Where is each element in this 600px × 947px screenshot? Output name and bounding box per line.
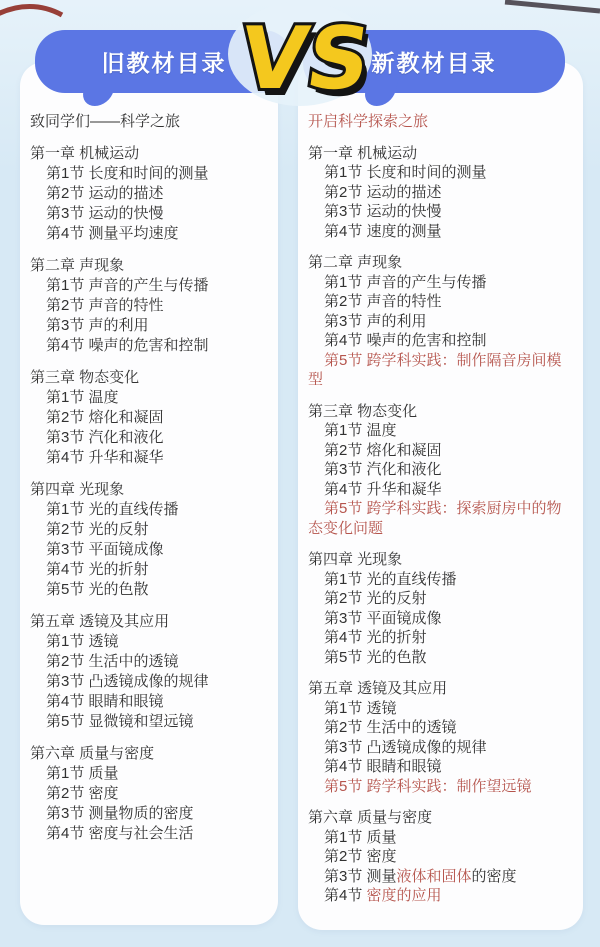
new-toc-content: 开启科学探索之旅第一章 机械运动第1节 长度和时间的测量第2节 运动的描述第3节… xyxy=(298,62,583,906)
toc-text: 第4节 升华和凝华 xyxy=(324,481,442,498)
section-line: 第3节 凸透镜成像的规律 xyxy=(30,672,270,692)
section-line: 第1节 光的直线传播 xyxy=(30,500,270,520)
chapter-title: 第四章 光现象 xyxy=(308,550,575,570)
toc-text: 第4节 眼睛和眼镜 xyxy=(46,693,164,710)
section-line: 第2节 运动的描述 xyxy=(308,183,575,203)
chapter-title: 第三章 物态变化 xyxy=(308,402,575,422)
chapter-title: 第五章 透镜及其应用 xyxy=(30,612,270,632)
section-line: 第3节 声的利用 xyxy=(30,316,270,336)
section-line: 第2节 生活中的透镜 xyxy=(308,718,575,738)
highlighted-text: 液体和固体 xyxy=(397,868,472,885)
toc-text: 第1节 长度和时间的测量 xyxy=(46,165,209,182)
chapter-title: 第五章 透镜及其应用 xyxy=(308,679,575,699)
section-line: 第1节 长度和时间的测量 xyxy=(308,163,575,183)
toc-text: 第三章 物态变化 xyxy=(308,403,417,420)
toc-text: 第3节 平面镜成像 xyxy=(324,610,442,627)
chapter-block: 第三章 物态变化第1节 温度第2节 熔化和凝固第3节 汽化和液化第4节 升华和凝… xyxy=(308,402,575,539)
toc-text: 第2节 光的反射 xyxy=(324,590,427,607)
old-toc-card: 致同学们——科学之旅第一章 机械运动第1节 长度和时间的测量第2节 运动的描述第… xyxy=(20,62,278,925)
section-line: 第1节 光的直线传播 xyxy=(308,570,575,590)
section-line: 第2节 熔化和凝固 xyxy=(30,408,270,428)
new-toc-title: 新教材目录 xyxy=(372,45,497,78)
toc-text: 第3节 运动的快慢 xyxy=(46,205,164,222)
chapter-block: 第五章 透镜及其应用第1节 透镜第2节 生活中的透镜第3节 凸透镜成像的规律第4… xyxy=(30,612,270,732)
toc-text: 第四章 光现象 xyxy=(308,551,402,568)
section-line: 第3节 汽化和液化 xyxy=(30,428,270,448)
toc-text: 第4节 光的折射 xyxy=(324,629,427,646)
chapter-block: 第一章 机械运动第1节 长度和时间的测量第2节 运动的描述第3节 运动的快慢第4… xyxy=(308,144,575,242)
chapter-title: 第二章 声现象 xyxy=(30,256,270,276)
section-line: 第1节 声音的产生与传播 xyxy=(30,276,270,296)
toc-text: 第1节 长度和时间的测量 xyxy=(324,164,487,181)
toc-text: 第二章 声现象 xyxy=(30,257,124,274)
highlighted-text: 第5节 跨学科实践：探索厨房中的物态变化问题 xyxy=(308,500,562,537)
highlighted-text: 第5节 跨学科实践：制作望远镜 xyxy=(324,778,532,795)
section-line: 第3节 汽化和液化 xyxy=(308,460,575,480)
section-line: 第4节 噪声的危害和控制 xyxy=(308,331,575,351)
chapter-block: 第六章 质量与密度第1节 质量第2节 密度第3节 测量液体和固体的密度第4节 密… xyxy=(308,808,575,906)
toc-text: 第2节 声音的特性 xyxy=(46,297,164,314)
section-line: 第1节 透镜 xyxy=(308,699,575,719)
section-line: 第4节 光的折射 xyxy=(30,560,270,580)
toc-text: 第1节 光的直线传播 xyxy=(324,571,457,588)
toc-text: 第5节 光的色散 xyxy=(324,649,427,666)
page-background: 致同学们——科学之旅第一章 机械运动第1节 长度和时间的测量第2节 运动的描述第… xyxy=(0,0,600,947)
toc-text: 致同学们——科学之旅 xyxy=(30,113,180,130)
top-left-red-stroke xyxy=(0,7,62,17)
toc-text: 第2节 运动的描述 xyxy=(46,185,164,202)
toc-text: 第一章 机械运动 xyxy=(308,145,417,162)
toc-text: 第三章 物态变化 xyxy=(30,369,139,386)
chapter-block: 第一章 机械运动第1节 长度和时间的测量第2节 运动的描述第3节 运动的快慢第4… xyxy=(30,144,270,244)
chapter-title: 第一章 机械运动 xyxy=(30,144,270,164)
chapter-block: 第五章 透镜及其应用第1节 透镜第2节 生活中的透镜第3节 凸透镜成像的规律第4… xyxy=(308,679,575,796)
section-line: 第2节 熔化和凝固 xyxy=(308,441,575,461)
section-line: 第1节 温度 xyxy=(308,421,575,441)
section-line: 第4节 噪声的危害和控制 xyxy=(30,336,270,356)
section-line: 第1节 声音的产生与传播 xyxy=(308,273,575,293)
old-toc-content: 致同学们——科学之旅第一章 机械运动第1节 长度和时间的测量第2节 运动的描述第… xyxy=(20,62,278,844)
toc-text: 第3节 测量 xyxy=(324,868,397,885)
toc-text: 第5节 光的色散 xyxy=(46,581,149,598)
toc-text: 第3节 汽化和液化 xyxy=(46,429,164,446)
old-toc-title: 旧教材目录 xyxy=(102,45,227,78)
toc-text: 第4节 噪声的危害和控制 xyxy=(324,332,487,349)
toc-text: 第1节 温度 xyxy=(324,422,397,439)
chapter-block: 第二章 声现象第1节 声音的产生与传播第2节 声音的特性第3节 声的利用第4节 … xyxy=(30,256,270,356)
toc-text: 第3节 凸透镜成像的规律 xyxy=(46,673,209,690)
chapter-title: 第六章 质量与密度 xyxy=(308,808,575,828)
chapter-title: 第二章 声现象 xyxy=(308,253,575,273)
chapter-block: 第二章 声现象第1节 声音的产生与传播第2节 声音的特性第3节 声的利用第4节 … xyxy=(308,253,575,390)
section-line: 第5节 跨学科实践：制作隔音房间模型 xyxy=(308,351,575,390)
chapter-title: 第四章 光现象 xyxy=(30,480,270,500)
chapter-title: 第六章 质量与密度 xyxy=(30,744,270,764)
section-line: 第3节 测量液体和固体的密度 xyxy=(308,867,575,887)
vs-text: VS xyxy=(234,9,376,109)
toc-text: 第4节 升华和凝华 xyxy=(46,449,164,466)
section-line: 第5节 跨学科实践：探索厨房中的物态变化问题 xyxy=(308,499,575,538)
toc-text: 第1节 声音的产生与传播 xyxy=(324,274,487,291)
section-line: 第4节 速度的测量 xyxy=(308,222,575,242)
toc-text: 第2节 运动的描述 xyxy=(324,184,442,201)
section-line: 第1节 质量 xyxy=(308,828,575,848)
toc-text: 第六章 质量与密度 xyxy=(308,809,432,826)
section-line: 第5节 显微镜和望远镜 xyxy=(30,712,270,732)
section-line: 第2节 密度 xyxy=(30,784,270,804)
section-line: 第2节 光的反射 xyxy=(308,589,575,609)
toc-text: 第3节 运动的快慢 xyxy=(324,203,442,220)
toc-text: 第4节 眼睛和眼镜 xyxy=(324,758,442,775)
toc-text: 第1节 透镜 xyxy=(46,633,119,650)
toc-text: 第3节 声的利用 xyxy=(46,317,149,334)
section-line: 第3节 运动的快慢 xyxy=(30,204,270,224)
toc-text: 第四章 光现象 xyxy=(30,481,124,498)
toc-text: 第2节 熔化和凝固 xyxy=(324,442,442,459)
toc-text: 第4节 光的折射 xyxy=(46,561,149,578)
toc-text: 第二章 声现象 xyxy=(308,254,402,271)
toc-text: 第1节 光的直线传播 xyxy=(46,501,179,518)
toc-text: 第1节 质量 xyxy=(324,829,397,846)
toc-text: 第3节 声的利用 xyxy=(324,313,427,330)
toc-text: 第4节 xyxy=(324,887,367,904)
toc-text: 第一章 机械运动 xyxy=(30,145,139,162)
section-line: 第1节 透镜 xyxy=(30,632,270,652)
toc-text: 第1节 质量 xyxy=(46,765,119,782)
toc-text: 第3节 测量物质的密度 xyxy=(46,805,194,822)
section-line: 第4节 升华和凝华 xyxy=(30,448,270,468)
section-line: 第1节 长度和时间的测量 xyxy=(30,164,270,184)
toc-text: 第1节 透镜 xyxy=(324,700,397,717)
chapter-title: 第三章 物态变化 xyxy=(30,368,270,388)
toc-text: 第2节 熔化和凝固 xyxy=(46,409,164,426)
toc-text: 第4节 噪声的危害和控制 xyxy=(46,337,209,354)
section-line: 第5节 光的色散 xyxy=(30,580,270,600)
toc-text: 第2节 声音的特性 xyxy=(324,293,442,310)
toc-text: 第2节 光的反射 xyxy=(46,521,149,538)
toc-text: 第2节 生活中的透镜 xyxy=(324,719,457,736)
highlighted-text: 第5节 跨学科实践：制作隔音房间模型 xyxy=(308,352,562,389)
section-line: 第2节 光的反射 xyxy=(30,520,270,540)
section-line: 第2节 密度 xyxy=(308,847,575,867)
chapter-block: 第三章 物态变化第1节 温度第2节 熔化和凝固第3节 汽化和液化第4节 升华和凝… xyxy=(30,368,270,468)
new-toc-card: 开启科学探索之旅第一章 机械运动第1节 长度和时间的测量第2节 运动的描述第3节… xyxy=(298,62,583,930)
toc-text: 第五章 透镜及其应用 xyxy=(30,613,169,630)
section-line: 第4节 密度与社会生活 xyxy=(30,824,270,844)
toc-text: 第六章 质量与密度 xyxy=(30,745,154,762)
chapter-block: 第四章 光现象第1节 光的直线传播第2节 光的反射第3节 平面镜成像第4节 光的… xyxy=(308,550,575,667)
section-line: 第4节 测量平均速度 xyxy=(30,224,270,244)
section-line: 第4节 眼睛和眼镜 xyxy=(308,757,575,777)
section-line: 第4节 密度的应用 xyxy=(308,886,575,906)
section-line: 第3节 声的利用 xyxy=(308,312,575,332)
chapter-block: 第六章 质量与密度第1节 质量第2节 密度第3节 测量物质的密度第4节 密度与社… xyxy=(30,744,270,844)
section-line: 第2节 生活中的透镜 xyxy=(30,652,270,672)
toc-text: 的密度 xyxy=(472,868,517,885)
section-line: 第3节 平面镜成像 xyxy=(30,540,270,560)
toc-text: 第1节 声音的产生与传播 xyxy=(46,277,209,294)
vs-badge: VS VS xyxy=(220,0,380,116)
section-line: 第1节 质量 xyxy=(30,764,270,784)
section-line: 第2节 声音的特性 xyxy=(30,296,270,316)
toc-text: 第3节 凸透镜成像的规律 xyxy=(324,739,487,756)
toc-text: 第3节 汽化和液化 xyxy=(324,461,442,478)
section-line: 第4节 眼睛和眼镜 xyxy=(30,692,270,712)
section-line: 第3节 运动的快慢 xyxy=(308,202,575,222)
section-line: 第5节 光的色散 xyxy=(308,648,575,668)
top-right-dark-stroke xyxy=(505,2,600,11)
section-line: 第4节 升华和凝华 xyxy=(308,480,575,500)
section-line: 第2节 运动的描述 xyxy=(30,184,270,204)
toc-text: 第5节 显微镜和望远镜 xyxy=(46,713,194,730)
chapter-title: 第一章 机械运动 xyxy=(308,144,575,164)
section-line: 第3节 平面镜成像 xyxy=(308,609,575,629)
toc-text: 第2节 密度 xyxy=(46,785,119,802)
section-line: 第5节 跨学科实践：制作望远镜 xyxy=(308,777,575,797)
toc-text: 第1节 温度 xyxy=(46,389,119,406)
toc-text: 第4节 密度与社会生活 xyxy=(46,825,194,842)
toc-text: 第4节 测量平均速度 xyxy=(46,225,179,242)
section-line: 第1节 温度 xyxy=(30,388,270,408)
section-line: 第3节 凸透镜成像的规律 xyxy=(308,738,575,758)
section-line: 第3节 测量物质的密度 xyxy=(30,804,270,824)
toc-text: 第2节 生活中的透镜 xyxy=(46,653,179,670)
section-line: 第4节 光的折射 xyxy=(308,628,575,648)
toc-text: 第2节 密度 xyxy=(324,848,397,865)
toc-text: 第4节 速度的测量 xyxy=(324,223,442,240)
chapter-block: 第四章 光现象第1节 光的直线传播第2节 光的反射第3节 平面镜成像第4节 光的… xyxy=(30,480,270,600)
section-line: 第2节 声音的特性 xyxy=(308,292,575,312)
highlighted-text: 密度的应用 xyxy=(367,887,442,904)
toc-text: 第五章 透镜及其应用 xyxy=(308,680,447,697)
toc-text: 第3节 平面镜成像 xyxy=(46,541,164,558)
